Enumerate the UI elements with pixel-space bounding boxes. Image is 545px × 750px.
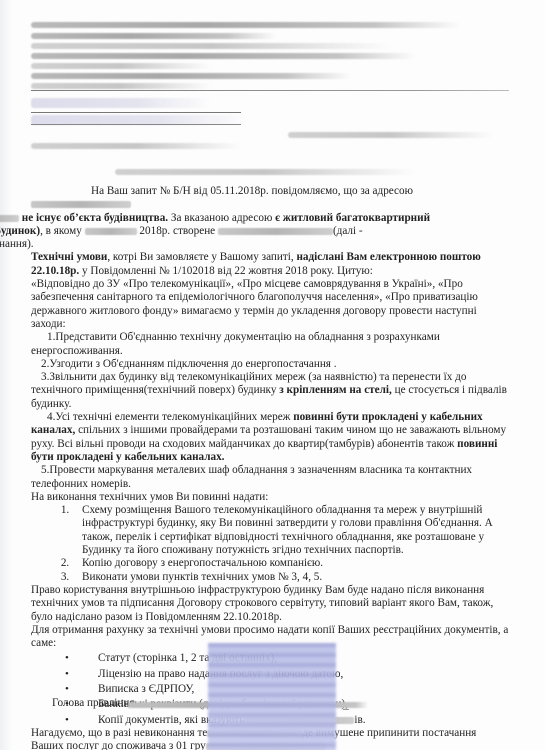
tech-conditions-paragraph: Технічні умови, котрі Ви замовляєте у Ва… — [31, 251, 511, 331]
requirement-item: Копію договору з енергопостачальною комп… — [72, 557, 511, 570]
redacted-address-cont — [0, 215, 19, 222]
measure-5: 5.Провести маркування металевих шаф обла… — [31, 464, 511, 491]
measure-1: 1.Представити Об'єднанню технічну докуме… — [31, 331, 511, 358]
measure-2: 2.Узгодити з Об'єднанням підключення до … — [31, 358, 511, 371]
measure-3: 3.Звільнити дах будинку від телекомуніка… — [31, 371, 511, 411]
requirements-list: Схему розміщення Вашого телекомунікаційн… — [31, 504, 511, 584]
usage-right-paragraph: Право користування внутрішньою інфрастру… — [31, 584, 511, 624]
measure-4: 4.Усі технічні елементи телекомунікаційн… — [31, 411, 511, 464]
scanned-letter-page: На Ваш запит № Б/Н від 05.11.2018р. пові… — [0, 0, 545, 750]
requirement-item: Виконати умови пунктів технічних умов № … — [72, 571, 511, 584]
scan-edge-shadow — [0, 0, 12, 750]
signature-label: Голова правління — [52, 697, 135, 709]
intro-paragraph: На Ваш запит № Б/Н від 05.11.2018р. пові… — [31, 185, 511, 251]
requirements-heading: На виконання технічних умов Ви повинні н… — [31, 491, 511, 504]
requirement-item: Схему розміщення Вашого телекомунікаційн… — [72, 504, 511, 557]
redacted-organization-name — [218, 228, 333, 235]
redacted-date — [85, 228, 137, 235]
redaction-overlay-stamp — [208, 643, 336, 750]
redacted-address — [31, 201, 131, 208]
signature-mark — [343, 709, 349, 710]
